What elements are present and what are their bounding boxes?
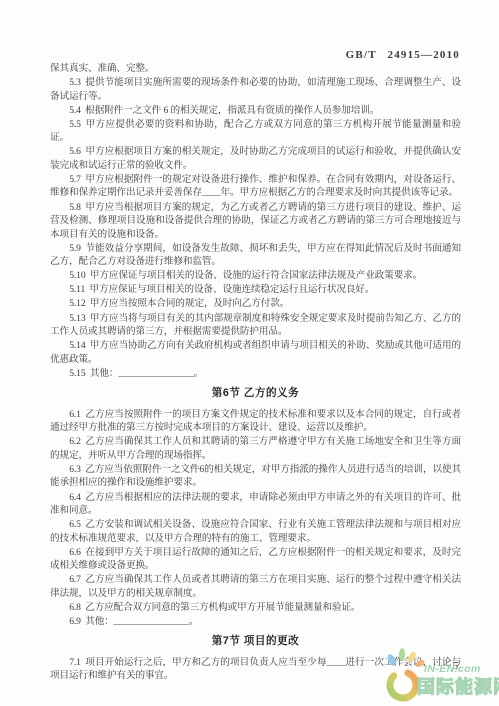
section-6-heading: 第6节 乙方的义务 xyxy=(50,387,461,401)
document-body: 保其真实、准确、完整。 5.3提供节能项目实施所需要的现场条件和必要的协助，如清… xyxy=(50,62,461,684)
clause-text: 乙方应当依照附件一之文件6的相关规定，对甲方指派的操作人员进行适当的培训，以使其… xyxy=(50,464,461,489)
clause-text: 提供节能项目实施所需要的现场条件和必要的协助，如清理施工现场、合理调整生产、设备… xyxy=(50,77,461,102)
clause-text: 甲方应当根据项目方案的规定，为乙方或者乙方聘请的第三方进行项目的建设、维护、运营… xyxy=(50,202,461,240)
clause-text: 甲方应当协助乙方向有关政府机构或者组织申请与项目相关的补助、奖励或其他可适用的优… xyxy=(50,340,461,365)
clause-6-8: 6.8乙方应配合双方同意的第三方机构或甲方开展节能量测量和验证。 xyxy=(50,601,461,615)
clause-text: 甲方应保证与项目相关的设备、设施的运行符合国家法律法规及产业政策要求。 xyxy=(90,270,422,281)
document-page: GB/T 24915—2010 保其真实、准确、完整。 5.3提供节能项目实施所… xyxy=(0,0,499,706)
paragraph-continuation: 保其真实、准确、完整。 xyxy=(50,62,461,76)
clause-text: 乙方应当确保其工作人员或者其聘请的第三方在项目实施、运行的整个过程中遵守相关法律… xyxy=(50,574,461,599)
clause-number: 5.3 xyxy=(69,77,81,88)
clause-number: 5.9 xyxy=(69,243,81,254)
clause-6-2: 6.2乙方应当确保其工作人员和其聘请的第三方严格遵守甲方有关施工场地安全和卫生等… xyxy=(50,435,461,462)
clause-number: 6.9 xyxy=(69,616,81,627)
clause-text: 乙方应当按照附件一的项目方案文件规定的技术标准和要求以及本合同的规定，自行或者通… xyxy=(50,409,461,434)
clause-text: 甲方应根据项目方案的相关规定，及时协助乙方完成项目的试运行和验收，并提供确认安装… xyxy=(50,146,461,171)
in-en-watermark: IN-EN.com 国际能源网 xyxy=(383,646,499,706)
clause-number: 6.7 xyxy=(69,574,81,585)
clause-number: 5.7 xyxy=(69,174,81,185)
clause-number: 5.4 xyxy=(69,105,81,116)
clause-5-9: 5.9节能效益分享期间，如设备发生故障、损坏和丢失，甲方应在得知此情况后及时书面… xyxy=(50,242,461,269)
clause-number: 6.5 xyxy=(69,519,81,530)
watermark-name-text: 国际能源网 xyxy=(417,673,499,699)
clause-number: 6.4 xyxy=(69,492,81,503)
clause-number: 5.10 xyxy=(69,270,85,281)
clause-5-10: 5.10甲方应保证与项目相关的设备、设施的运行符合国家法律法规及产业政策要求。 xyxy=(50,269,461,283)
clause-6-3: 6.3乙方应当依照附件一之文件6的相关规定，对甲方指派的操作人员进行适当的培训，… xyxy=(50,463,461,490)
clause-text: 其他：________________。 xyxy=(85,616,198,627)
clause-text: 甲方应根据附件一的规定对设备进行操作、维护和保养。在合同有效期内，对设备运行、维… xyxy=(50,174,461,199)
clause-6-4: 6.4乙方应当根据相应的法律法规的要求，申请除必须由甲方申请之外的有关项目的许可… xyxy=(50,491,461,518)
clause-5-14: 5.14甲方应当协助乙方向有关政府机构或者组织申请与项目相关的补助、奖励或其他可… xyxy=(50,339,461,366)
clause-6-5: 6.5乙方安装和调试相关设备、设施应符合国家、行业有关施工管理法律法规和与项目相… xyxy=(50,518,461,545)
clause-number: 6.6 xyxy=(69,547,81,558)
clause-text: 乙方应当根据相应的法律法规的要求，申请除必须由甲方申请之外的有关项目的许可、批准… xyxy=(50,492,461,517)
clause-text: 根据附件一之文件 6 的相关规定，指派具有资质的操作人员参加培训。 xyxy=(85,105,379,116)
clause-6-1: 6.1乙方应当按照附件一的项目方案文件规定的技术标准和要求以及本合同的规定，自行… xyxy=(50,408,461,435)
clause-text: 甲方应保证与项目相关的设备、设施连续稳定运行且运行状况良好。 xyxy=(90,284,375,295)
clause-5-5: 5.5甲方应提供必要的资料和协助，配合乙方或双方同意的第三方机构开展节能量测量和… xyxy=(50,118,461,145)
clause-number: 5.5 xyxy=(69,119,81,130)
standard-code-header: GB/T 24915—2010 xyxy=(346,49,460,61)
clause-number: 5.12 xyxy=(69,298,85,309)
clause-5-3: 5.3提供节能项目实施所需要的现场条件和必要的协助，如清理施工现场、合理调整生产… xyxy=(50,76,461,103)
clause-5-4: 5.4根据附件一之文件 6 的相关规定，指派具有资质的操作人员参加培训。 xyxy=(50,104,461,118)
clause-number: 5.14 xyxy=(69,340,85,351)
clause-text: 甲方应提供必要的资料和协助，配合乙方或双方同意的第三方机构开展节能量测量和验证。 xyxy=(50,119,461,144)
clause-number: 6.8 xyxy=(69,602,81,613)
clause-text: 节能效益分享期间，如设备发生故障、损坏和丢失，甲方应在得知此情况后及时书面通知乙… xyxy=(50,243,461,268)
clause-6-6: 6.6在接到甲方关于项目运行故障的通知之后，乙方应根据附件一的相关规定和要求，及… xyxy=(50,546,461,573)
clause-number: 5.15 xyxy=(69,368,85,379)
clause-number: 5.13 xyxy=(69,313,85,324)
clause-5-13: 5.13甲方应当将与项目有关的其内部规章制度和特殊安全规定要求及时提前告知乙方、… xyxy=(50,312,461,339)
clause-text: 甲方应当按照本合同的规定，及时向乙方付款。 xyxy=(90,298,289,309)
clause-5-12: 5.12甲方应当按照本合同的规定，及时向乙方付款。 xyxy=(50,297,461,311)
clause-number: 6.1 xyxy=(69,409,81,420)
clause-text: 甲方应当将与项目有关的其内部规章制度和特殊安全规定要求及时提前告知乙方、乙方的工… xyxy=(50,313,461,338)
clause-text: 乙方安装和调试相关设备、设施应符合国家、行业有关施工管理法律法规和与项目相对应的… xyxy=(50,519,461,544)
clause-text: 其他：________________。 xyxy=(90,368,203,379)
clause-text: 在接到甲方关于项目运行故障的通知之后，乙方应根据附件一的相关规定和要求，及时完成… xyxy=(50,547,461,572)
clause-5-6: 5.6甲方应根据项目方案的相关规定，及时协助乙方完成项目的试运行和验收，并提供确… xyxy=(50,145,461,172)
clause-number: 5.8 xyxy=(69,202,81,213)
clause-number: 6.3 xyxy=(69,464,81,475)
clause-number: 5.6 xyxy=(69,146,81,157)
clause-5-7: 5.7甲方应根据附件一的规定对设备进行操作、维护和保养。在合同有效期内，对设备运… xyxy=(50,173,461,200)
clause-6-9: 6.9其他：________________。 xyxy=(50,615,461,629)
clause-number: 7.1 xyxy=(69,657,81,668)
clause-5-11: 5.11甲方应保证与项目相关的设备、设施连续稳定运行且运行状况良好。 xyxy=(50,283,461,297)
clause-number: 6.2 xyxy=(69,436,81,447)
clause-text: 乙方应配合双方同意的第三方机构或甲方开展节能量测量和验证。 xyxy=(85,602,360,613)
clause-6-7: 6.7乙方应当确保其工作人员或者其聘请的第三方在项目实施、运行的整个过程中遵守相… xyxy=(50,573,461,600)
clause-text: 乙方应当确保其工作人员和其聘请的第三方严格遵守甲方有关施工场地安全和卫生等方面的… xyxy=(50,436,461,461)
clause-5-15: 5.15其他：________________。 xyxy=(50,367,461,381)
clause-5-8: 5.8甲方应当根据项目方案的规定，为乙方或者乙方聘请的第三方进行项目的建设、维护… xyxy=(50,201,461,242)
clause-number: 5.11 xyxy=(69,284,85,295)
